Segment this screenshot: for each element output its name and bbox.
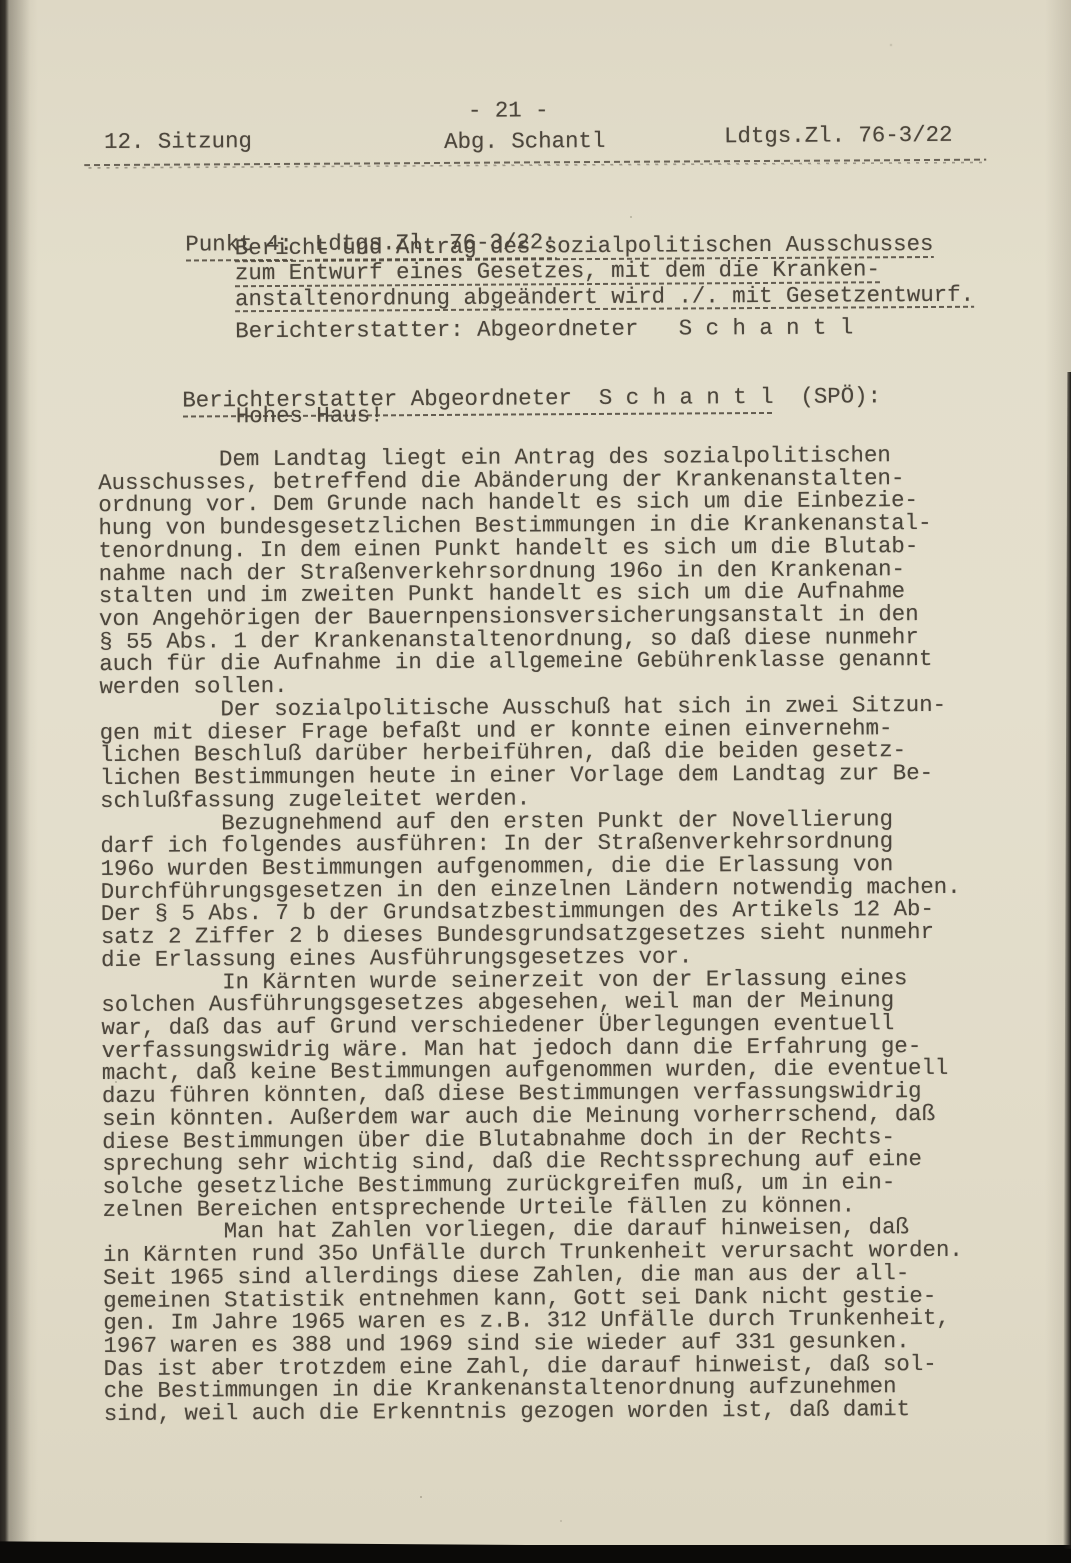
speaker-heading: Berichterstatter Abgeordneter S c h a n … (101, 357, 881, 444)
speech-body: Dem Landtag liegt ein Antrag des sozialp… (98, 444, 964, 1426)
rapporteur-line: Berichterstatter: Abgeordneter S c h a n… (235, 314, 853, 344)
body-line: sind, weil auch die Erkenntnis gezogen w… (104, 1398, 964, 1426)
speaker-heading-party: (SPÖ): (773, 383, 881, 410)
agenda-title-line: anstaltenordnung abgeändert wird ./. mit… (235, 284, 974, 313)
agenda-title-block: Bericht und Antrag des sozialpolitischen… (235, 234, 974, 315)
header-dashed-rule (84, 159, 986, 170)
salutation: Hohes Haus! (236, 402, 384, 429)
scanned-document-page: - 21 - 12. Sitzung Abg. Schantl Ldtgs.Zl… (0, 0, 1071, 1563)
header-speaker-name: Abg. Schantl (444, 128, 605, 155)
page-number: - 21 - (468, 97, 549, 123)
header-document-ref: Ldtgs.Zl. 76-3/22 (724, 122, 953, 149)
header-session: 12. Sitzung (104, 128, 252, 155)
body-line: auch für die Aufnahme in die allgemeine … (99, 648, 959, 676)
typewritten-text-layer: - 21 - 12. Sitzung Abg. Schantl Ldtgs.Zl… (0, 0, 1071, 1563)
scan-left-edge (0, 0, 9, 1563)
